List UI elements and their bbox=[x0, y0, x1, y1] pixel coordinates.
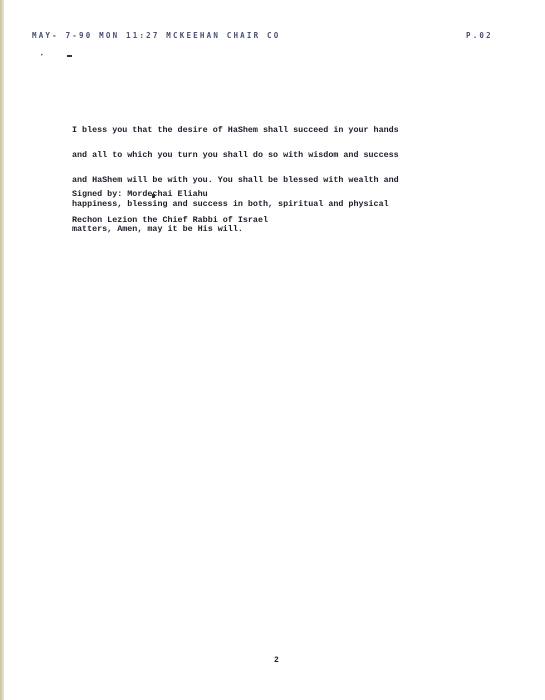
blessing-line: and all to which you turn you shall do s… bbox=[72, 151, 492, 159]
blessing-line: I bless you that the desire of HaShem sh… bbox=[72, 126, 492, 134]
stray-mark bbox=[152, 194, 155, 198]
fax-header-sender: MAY- 7-90 MON 11:27 MCKEEHAN CHAIR CO bbox=[32, 31, 280, 40]
paper-left-edge bbox=[0, 0, 4, 700]
fax-header: MAY- 7-90 MON 11:27 MCKEEHAN CHAIR CO P.… bbox=[32, 31, 512, 43]
signer-title-line: Rechon Lezion the Chief Rabbi of Israel bbox=[72, 216, 268, 225]
fax-header-page: P.02 bbox=[466, 31, 493, 40]
stray-dot: • bbox=[40, 52, 44, 59]
page-number: 2 bbox=[274, 656, 279, 665]
stray-dash bbox=[67, 55, 72, 57]
signature-block: Signed by: Mordechai Eliahu Rechon Lezio… bbox=[72, 173, 268, 233]
stray-marks: • bbox=[40, 52, 44, 59]
signed-by-line: Signed by: Mordechai Eliahu bbox=[72, 190, 268, 199]
